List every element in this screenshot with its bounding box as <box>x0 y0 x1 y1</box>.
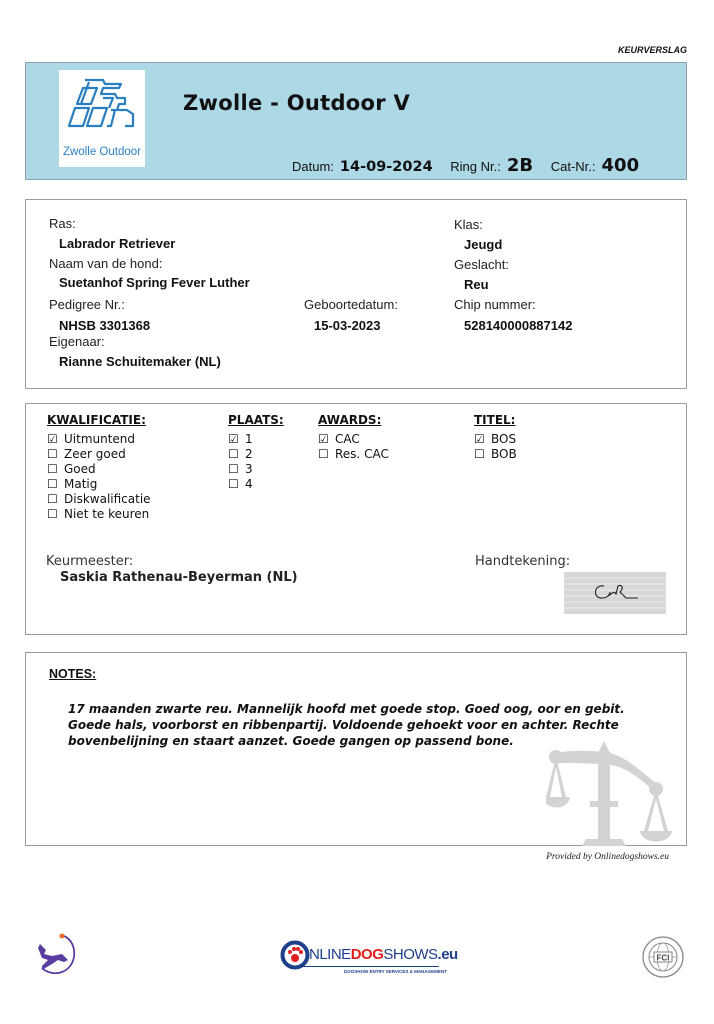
checkbox-unchecked-icon[interactable]: ☐ <box>474 447 486 462</box>
ring-value: 2B <box>507 155 533 176</box>
naam-label: Naam van de hond: <box>49 256 162 271</box>
option-label: Goed <box>64 462 96 476</box>
checkbox-unchecked-icon[interactable]: ☐ <box>228 477 240 492</box>
show-title: Zwolle - Outdoor V <box>183 91 410 115</box>
cat-label: Cat-Nr.: <box>551 159 596 174</box>
provided-by: Provided by Onlinedogshows.eu <box>546 852 669 862</box>
option-label: Zeer goed <box>64 447 126 461</box>
dog-info-panel: Ras: Labrador Retriever Naam van de hond… <box>25 199 687 389</box>
option-checkbox[interactable]: ☐Diskwalificatie <box>47 492 151 507</box>
plaats-heading: PLAATS: <box>228 413 284 427</box>
club-logo: Zwolle Outdoor <box>59 70 145 167</box>
titel-options: ☑BOS☐BOB <box>474 432 517 462</box>
notes-heading: NOTES: <box>49 667 96 681</box>
klas-label: Klas: <box>454 217 483 232</box>
klas-value: Jeugd <box>464 237 502 252</box>
option-label: BOS <box>491 432 516 446</box>
keurmeester-label: Keurmeester: <box>46 554 133 569</box>
checkbox-unchecked-icon[interactable]: ☐ <box>47 477 59 492</box>
awards-options: ☑CAC☐Res. CAC <box>318 432 389 462</box>
checkbox-unchecked-icon[interactable]: ☐ <box>318 447 330 462</box>
option-label: Diskwalificatie <box>64 492 151 506</box>
option-label: 2 <box>245 447 253 461</box>
ras-value: Labrador Retriever <box>59 236 175 251</box>
checkbox-checked-icon[interactable]: ☑ <box>474 432 486 447</box>
option-label: Res. CAC <box>335 447 389 461</box>
kwalificatie-heading: KWALIFICATIE: <box>47 413 151 427</box>
option-checkbox[interactable]: ☑BOS <box>474 432 517 447</box>
pedigree-label: Pedigree Nr.: <box>49 297 125 312</box>
club-logo-text: Zwolle Outdoor <box>59 146 145 158</box>
datum-value: 14-09-2024 <box>340 159 433 175</box>
option-checkbox[interactable]: ☐2 <box>228 447 284 462</box>
titel-group: TITEL: ☑BOS☐BOB <box>474 413 517 462</box>
option-label: 4 <box>245 477 253 491</box>
eigenaar-label: Eigenaar: <box>49 334 105 349</box>
onlinedogshows-logo: NLINEDOGSHOWS.eu DOGSHOW ENTRY SERVICES … <box>280 940 440 978</box>
show-meta: Datum:14-09-2024 Ring Nr.:2B Cat-Nr.:400 <box>292 155 639 176</box>
titel-heading: TITEL: <box>474 413 517 427</box>
header-banner: Zwolle Outdoor Zwolle - Outdoor V Datum:… <box>25 62 687 180</box>
checkbox-checked-icon[interactable]: ☑ <box>318 432 330 447</box>
option-label: 3 <box>245 462 253 476</box>
odslogo-part1: NLINE <box>309 946 351 963</box>
option-checkbox[interactable]: ☐Zeer goed <box>47 447 151 462</box>
notes-panel: NOTES: 17 maanden zwarte reu. Mannelijk … <box>25 652 687 846</box>
fci-logo-text: FCI <box>657 954 670 963</box>
awards-heading: AWARDS: <box>318 413 389 427</box>
option-checkbox[interactable]: ☑CAC <box>318 432 389 447</box>
ring-label: Ring Nr.: <box>450 159 501 174</box>
document-label: KEURVERSLAG <box>618 45 687 55</box>
results-panel: KWALIFICATIE: ☑Uitmuntend☐Zeer goed☐Goed… <box>25 403 687 635</box>
geboorte-label: Geboortedatum: <box>304 297 398 312</box>
checkbox-checked-icon[interactable]: ☑ <box>47 432 59 447</box>
eigenaar-value: Rianne Schuitemaker (NL) <box>59 354 221 369</box>
ras-label: Ras: <box>49 216 76 231</box>
option-checkbox[interactable]: ☐Niet te keuren <box>47 507 151 522</box>
naam-value: Suetanhof Spring Fever Luther <box>59 275 250 290</box>
checkbox-unchecked-icon[interactable]: ☐ <box>228 462 240 477</box>
pedigree-value: NHSB 3301368 <box>59 318 150 333</box>
kwalificatie-options: ☑Uitmuntend☐Zeer goed☐Goed☐Matig☐Diskwal… <box>47 432 151 522</box>
odslogo-part4: .eu <box>438 946 458 963</box>
option-checkbox[interactable]: ☐4 <box>228 477 284 492</box>
handtekening-label: Handtekening: <box>475 554 570 569</box>
option-label: CAC <box>335 432 360 446</box>
dog-jump-logo-icon <box>36 932 78 976</box>
option-label: BOB <box>491 447 517 461</box>
geboorte-value: 15-03-2023 <box>314 318 381 333</box>
option-label: Niet te keuren <box>64 507 149 521</box>
awards-group: AWARDS: ☑CAC☐Res. CAC <box>318 413 389 462</box>
option-checkbox[interactable]: ☐Matig <box>47 477 151 492</box>
dog-outline-logo-icon <box>63 74 141 144</box>
checkbox-unchecked-icon[interactable]: ☐ <box>47 447 59 462</box>
keurmeester-value: Saskia Rathenau-Beyerman (NL) <box>60 570 298 585</box>
chip-value: 528140000887142 <box>464 318 572 333</box>
plaats-group: PLAATS: ☑1☐2☐3☐4 <box>228 413 284 492</box>
option-label: Uitmuntend <box>64 432 135 446</box>
cat-value: 400 <box>602 155 640 176</box>
chip-label: Chip nummer: <box>454 297 536 312</box>
checkbox-unchecked-icon[interactable]: ☐ <box>47 507 59 522</box>
plaats-options: ☑1☐2☐3☐4 <box>228 432 284 492</box>
signature-image <box>564 572 666 614</box>
checkbox-unchecked-icon[interactable]: ☐ <box>47 462 59 477</box>
geslacht-value: Reu <box>464 277 489 292</box>
option-checkbox[interactable]: ☑1 <box>228 432 284 447</box>
kwalificatie-group: KWALIFICATIE: ☑Uitmuntend☐Zeer goed☐Goed… <box>47 413 151 522</box>
signature-icon <box>564 572 666 614</box>
checkbox-checked-icon[interactable]: ☑ <box>228 432 240 447</box>
odslogo-part2: DOG <box>351 946 384 963</box>
option-label: 1 <box>245 432 253 446</box>
option-checkbox[interactable]: ☐Res. CAC <box>318 447 389 462</box>
checkbox-unchecked-icon[interactable]: ☐ <box>228 447 240 462</box>
option-label: Matig <box>64 477 97 491</box>
option-checkbox[interactable]: ☐BOB <box>474 447 517 462</box>
option-checkbox[interactable]: ☑Uitmuntend <box>47 432 151 447</box>
geslacht-label: Geslacht: <box>454 257 509 272</box>
option-checkbox[interactable]: ☐Goed <box>47 462 151 477</box>
option-checkbox[interactable]: ☐3 <box>228 462 284 477</box>
fci-logo-icon: FCI <box>641 935 685 979</box>
checkbox-unchecked-icon[interactable]: ☐ <box>47 492 59 507</box>
scales-of-justice-icon <box>546 739 676 846</box>
datum-label: Datum: <box>292 159 334 174</box>
odslogo-part3: SHOWS <box>383 946 437 963</box>
odslogo-tagline: DOGSHOW ENTRY SERVICES & MANAGEMENT <box>344 969 447 974</box>
